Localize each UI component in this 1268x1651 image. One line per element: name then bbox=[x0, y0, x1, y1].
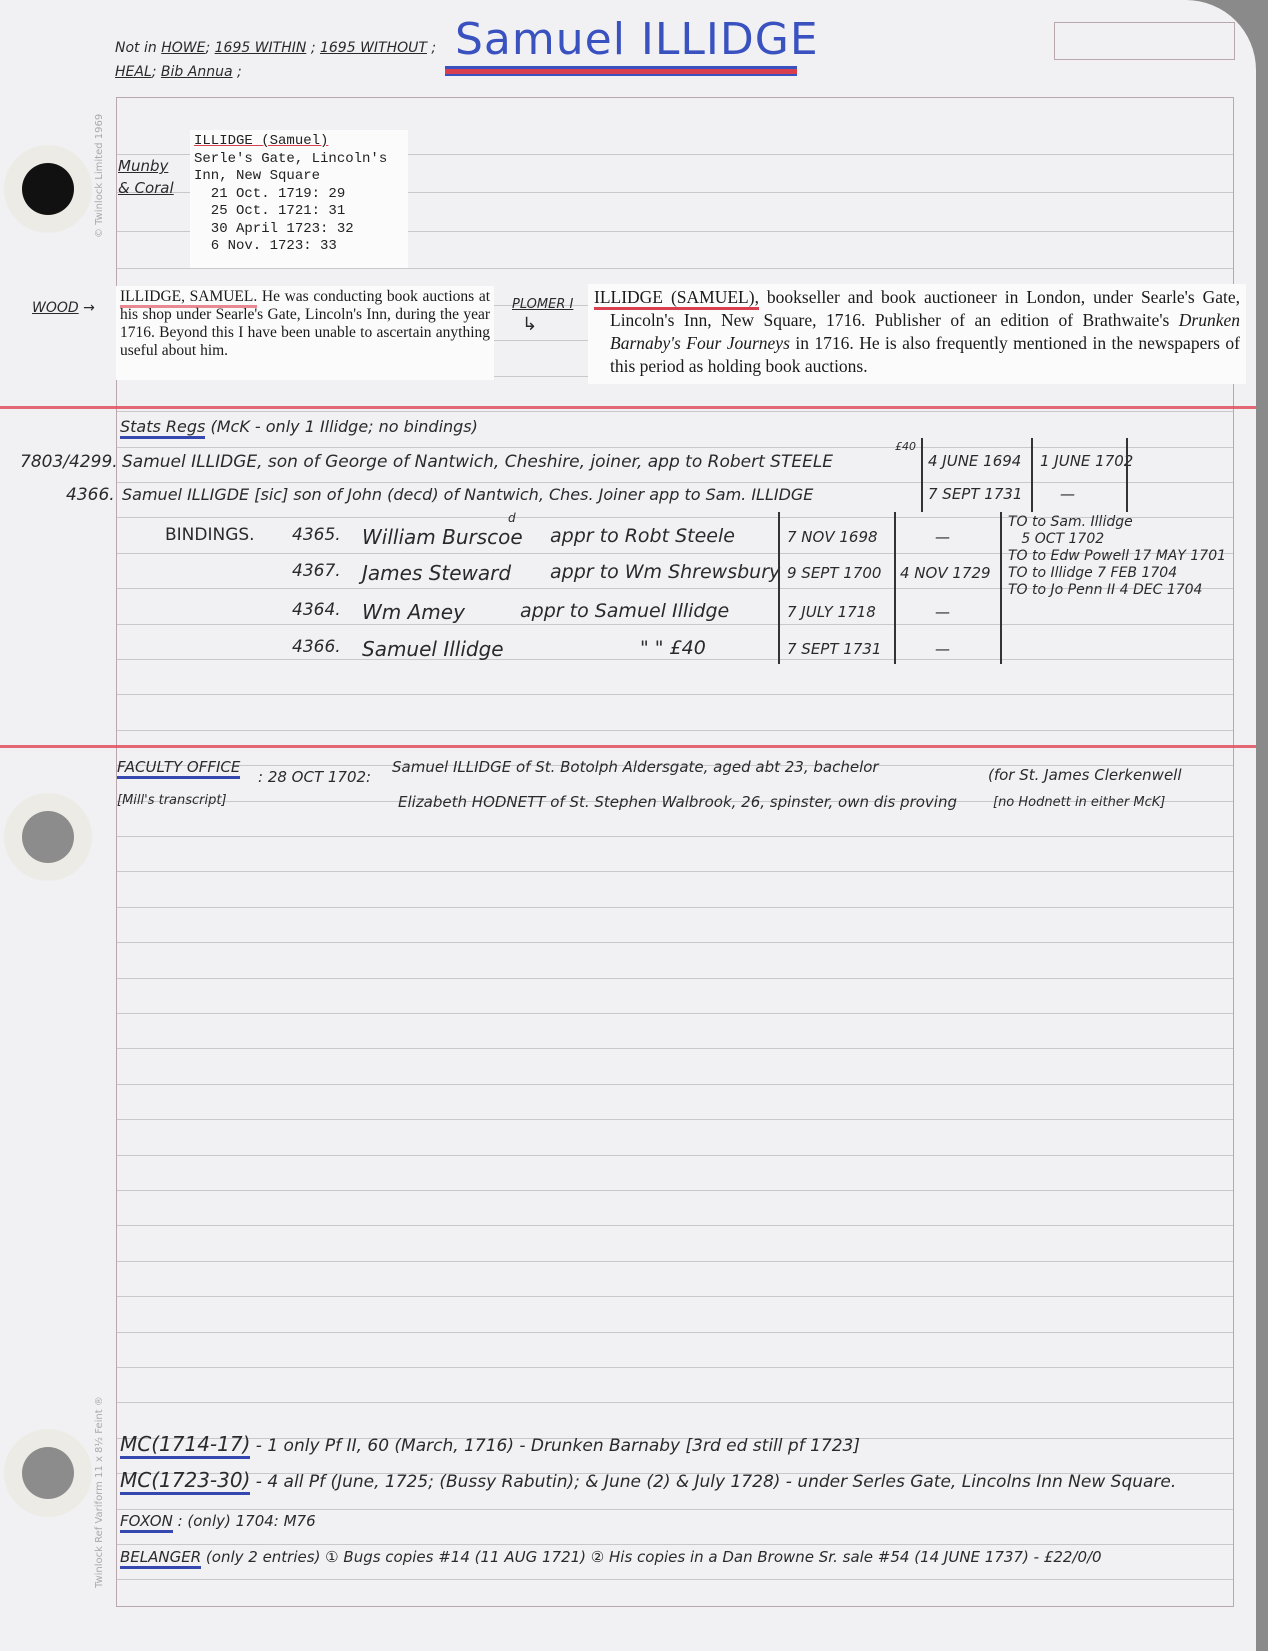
footer-text: : (only) 1704: M76 bbox=[173, 1512, 316, 1530]
footer-entry: MC(1723-30) - 4 all Pf (June, 1725; (Bus… bbox=[120, 1468, 1176, 1492]
faculty-sub: [Mill's transcript] bbox=[117, 793, 227, 808]
column-divider bbox=[778, 512, 780, 664]
ruled-line bbox=[117, 1048, 1233, 1049]
bindings-label: BINDINGS. bbox=[165, 525, 255, 545]
ruled-line bbox=[117, 1261, 1233, 1262]
binding-date-free: 4 NOV 1729 bbox=[900, 564, 991, 582]
page-title: Samuel ILLIDGE bbox=[455, 14, 819, 65]
wood-label: WOOD → bbox=[32, 300, 95, 316]
ruled-line bbox=[117, 694, 1233, 695]
binding-turnover-notes: TO to Sam. Illidge 5 OCT 1702 TO to Edw … bbox=[1008, 514, 1226, 599]
section-divider bbox=[0, 745, 1256, 748]
ruled-line bbox=[117, 1084, 1233, 1085]
binding-master: " " £40 bbox=[640, 637, 706, 659]
binding-superscript: d bbox=[508, 511, 516, 525]
binding-ref: 4367. bbox=[292, 561, 341, 581]
ruled-line bbox=[117, 1402, 1233, 1403]
ruled-line bbox=[117, 1579, 1233, 1580]
wood-clipping: ILLIDGE, SAMUEL. He was conducting book … bbox=[116, 286, 494, 380]
footer-heading: MC(1723-30) bbox=[120, 1468, 250, 1495]
binding-date-bound: 9 SEPT 1700 bbox=[787, 564, 881, 582]
plomer-clipping: ILLIDGE (SAMUEL), bookseller and book au… bbox=[588, 284, 1246, 384]
footer-entry: BELANGER (only 2 entries) ① Bugs copies … bbox=[120, 1548, 1102, 1566]
form-text: Twinlock Ref Variform 11 x 8½ Feint ® bbox=[94, 1396, 105, 1588]
column-divider bbox=[1126, 438, 1128, 512]
ruled-line bbox=[117, 730, 1233, 731]
arrow-turn-icon: ↳ bbox=[522, 314, 537, 335]
binder-hole bbox=[22, 1447, 74, 1499]
binder-hole bbox=[22, 163, 74, 215]
binding-master: appr to Wm Shrewsbury bbox=[550, 561, 780, 583]
ruled-line bbox=[117, 1509, 1233, 1510]
title-box bbox=[1054, 22, 1235, 60]
binding-name: James Steward bbox=[362, 561, 511, 585]
ruled-line bbox=[117, 1332, 1233, 1333]
faculty-line-1: Samuel ILLIDGE of St. Botolph Aldersgate… bbox=[392, 758, 879, 776]
binding-date-free: — bbox=[935, 528, 950, 546]
binding-date-free: — bbox=[935, 640, 950, 658]
arrow-right-icon: → bbox=[83, 300, 95, 316]
footer-entry: MC(1714-17) - 1 only Pf II, 60 (March, 1… bbox=[120, 1432, 860, 1456]
plomer-label: PLOMER I bbox=[512, 297, 573, 312]
binder-hole bbox=[22, 811, 74, 863]
column-divider bbox=[1000, 512, 1002, 664]
sources-line-2: HEAL; Bib Annua ; bbox=[115, 64, 242, 80]
ruled-line bbox=[117, 1190, 1233, 1191]
ruled-line bbox=[117, 871, 1233, 872]
notebook-page: © Twinlock Limited 1969 Twinlock Ref Var… bbox=[0, 0, 1256, 1651]
sources-line-1: Not in HOWE; 1695 WITHIN ; 1695 WITHOUT … bbox=[115, 40, 436, 56]
entry-date-bound: 4 JUNE 1694 bbox=[928, 452, 1021, 470]
footer-text: - 1 only Pf II, 60 (March, 1716) - Drunk… bbox=[250, 1436, 860, 1456]
ruled-line bbox=[117, 907, 1233, 908]
faculty-date: : 28 OCT 1702: bbox=[258, 768, 371, 786]
ruled-line bbox=[117, 1119, 1233, 1120]
entry-ref: 7803/4299. bbox=[20, 452, 118, 472]
title-underline bbox=[445, 66, 797, 76]
binding-date-free: — bbox=[935, 603, 950, 621]
ruled-line bbox=[117, 1013, 1233, 1014]
ruled-line bbox=[117, 447, 1233, 448]
entry-date-bound: 7 SEPT 1731 bbox=[928, 485, 1022, 503]
ruled-line bbox=[117, 1544, 1233, 1545]
ruled-line bbox=[117, 1367, 1233, 1368]
entry-text: Samuel ILLIGDE [sic] son of John (decd) … bbox=[122, 485, 813, 504]
ruled-line bbox=[117, 482, 1233, 483]
faculty-line-2: Elizabeth HODNETT of St. Stephen Walbroo… bbox=[398, 793, 957, 811]
ruled-line bbox=[117, 624, 1233, 625]
footer-heading: BELANGER bbox=[120, 1548, 201, 1569]
binding-name: Samuel Illidge bbox=[362, 637, 504, 661]
footer-text: (only 2 entries) ① Bugs copies #14 (11 A… bbox=[201, 1548, 1101, 1566]
copyright-text: © Twinlock Limited 1969 bbox=[94, 114, 105, 238]
entry-text: Samuel ILLIDGE, son of George of Nantwic… bbox=[122, 452, 833, 472]
munby-clipping: ILLIDGE (Samuel) Serle's Gate, Lincoln's… bbox=[190, 130, 408, 268]
section-divider bbox=[0, 406, 1256, 409]
binding-date-bound: 7 JULY 1718 bbox=[787, 603, 876, 621]
binding-date-bound: 7 SEPT 1731 bbox=[787, 640, 881, 658]
binding-ref: 4365. bbox=[292, 525, 341, 545]
binding-master: appr to Robt Steele bbox=[550, 525, 735, 547]
ruled-line bbox=[117, 659, 1233, 660]
ruled-line bbox=[117, 1296, 1233, 1297]
entry-fee: £40 bbox=[895, 440, 916, 453]
faculty-side-1: (for St. James Clerkenwell bbox=[988, 766, 1182, 784]
column-divider bbox=[921, 438, 923, 512]
footer-heading: FOXON bbox=[120, 1512, 173, 1533]
binding-name: Wm Amey bbox=[362, 600, 465, 624]
ruled-line bbox=[117, 268, 1233, 269]
ruled-line bbox=[117, 942, 1233, 943]
ruled-line bbox=[117, 1155, 1233, 1156]
binding-date-bound: 7 NOV 1698 bbox=[787, 528, 878, 546]
ruled-line bbox=[117, 978, 1233, 979]
faculty-side-2: [no Hodnett in either McK] bbox=[993, 795, 1165, 810]
binding-master: appr to Samuel Illidge bbox=[520, 600, 729, 622]
entry-date-free: 1 JUNE 1702 bbox=[1040, 452, 1133, 470]
munby-label: Munby & Coral bbox=[118, 155, 178, 199]
column-divider bbox=[894, 512, 896, 664]
stats-regs-heading: Stats Regs (McK - only 1 Illidge; no bin… bbox=[120, 417, 478, 436]
column-divider bbox=[1031, 438, 1033, 512]
ruled-line bbox=[117, 411, 1233, 412]
entry-ref: 4366. bbox=[66, 485, 115, 505]
footer-heading: MC(1714-17) bbox=[120, 1432, 250, 1459]
binding-ref: 4364. bbox=[292, 600, 341, 620]
binding-ref: 4366. bbox=[292, 637, 341, 657]
entry-date-free: — bbox=[1060, 485, 1075, 503]
footer-entry: FOXON : (only) 1704: M76 bbox=[120, 1512, 316, 1530]
ruled-line bbox=[117, 1225, 1233, 1226]
faculty-heading: FACULTY OFFICE bbox=[117, 758, 240, 776]
ruled-line bbox=[117, 836, 1233, 837]
binding-name: William Burscoe bbox=[362, 525, 523, 549]
footer-text: - 4 all Pf (June, 1725; (Bussy Rabutin);… bbox=[250, 1472, 1176, 1492]
